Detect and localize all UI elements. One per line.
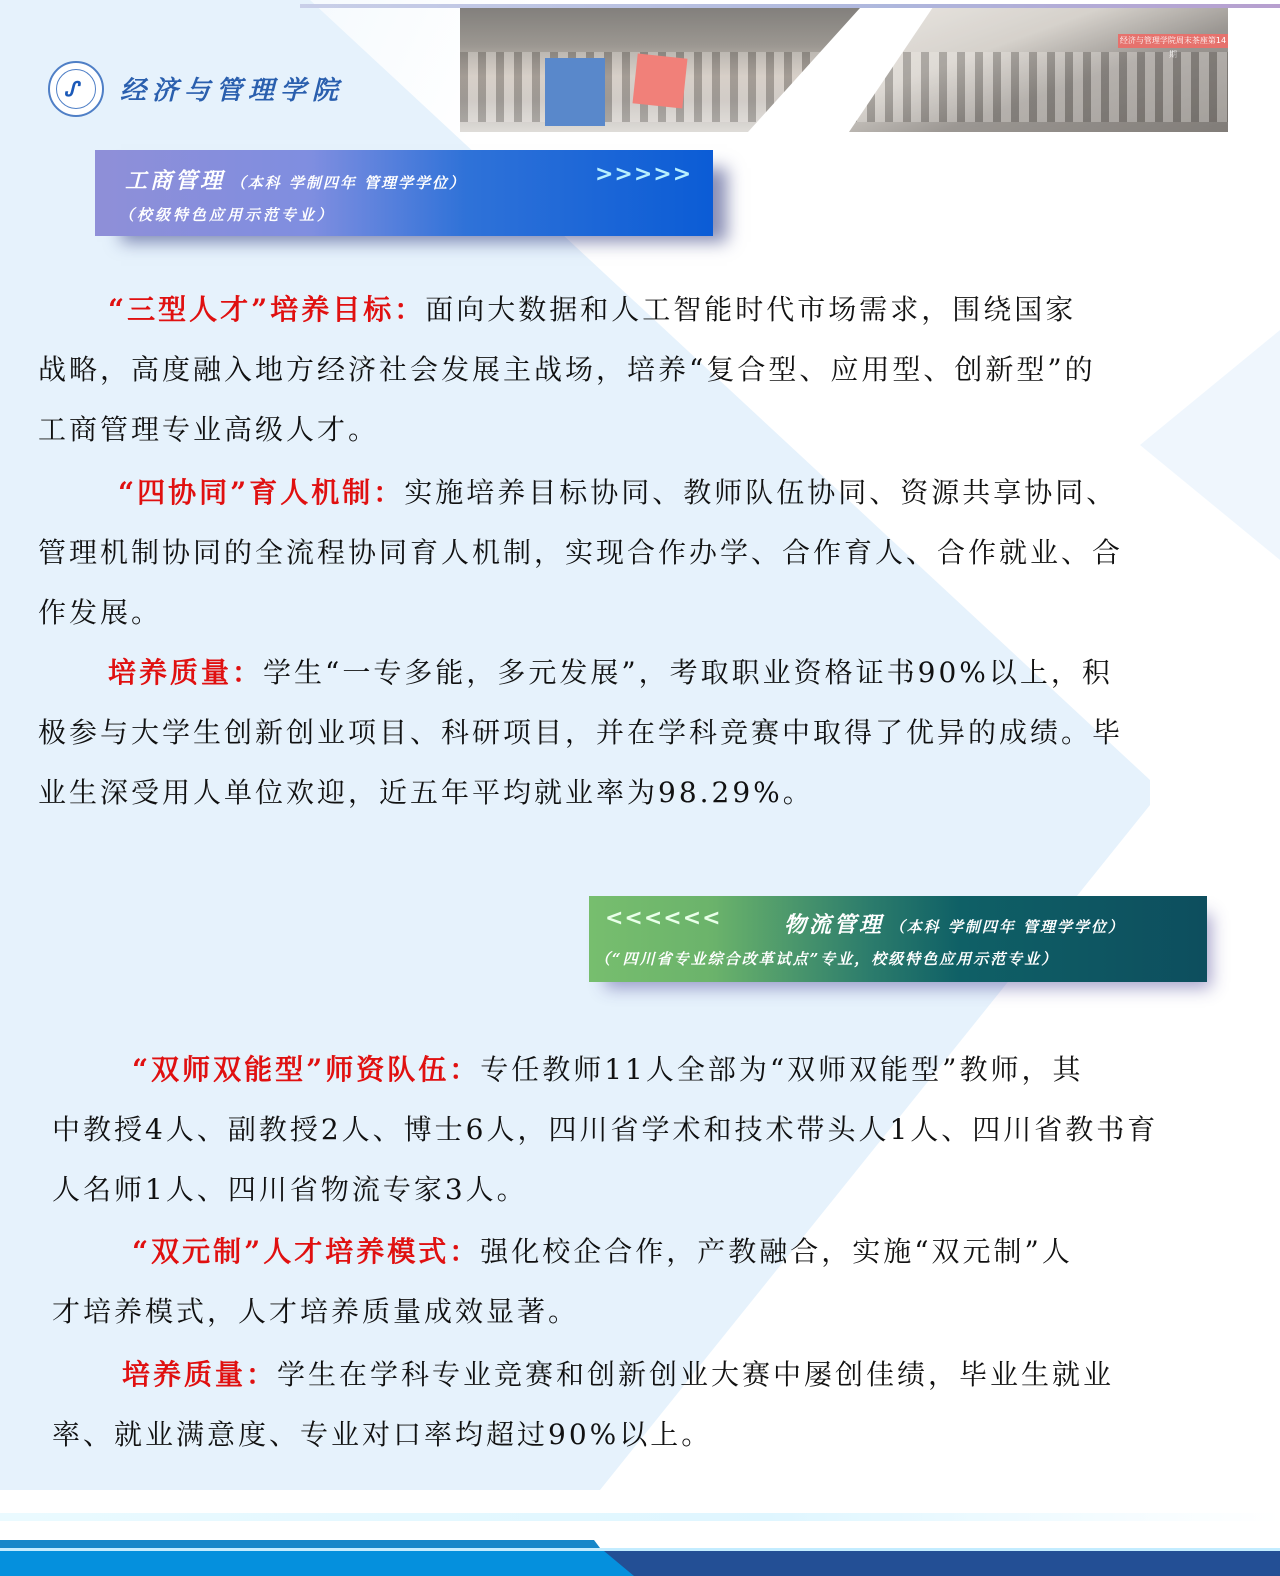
emblem-wave-icon: ᔑ	[64, 77, 78, 101]
section-title: 工商管理	[125, 168, 225, 194]
paragraph-line: 战略，高度融入地方经济社会发展主战场，培养“复合型、应用型、创新型”的	[38, 340, 1258, 400]
paragraph-line: 才培养模式，人才培养质量成效显著。	[52, 1282, 1272, 1342]
section-subtitle: （“四川省专业综合改革试点”专业，校级特色应用示范专业）	[595, 950, 1058, 968]
audience-shape	[849, 52, 1228, 122]
paragraph-line: 专任教师11人全部为“双师双能型”教师，其	[480, 1053, 1083, 1086]
paragraph-line: 强化校企合作，产教融合，实施“双元制”人	[480, 1235, 1073, 1268]
paragraph-line: 极参与大学生创新创业项目、科研项目，并在学科竞赛中取得了优异的成绩。毕	[38, 703, 1258, 763]
arrows-left-icon: <<<<<<	[605, 906, 722, 931]
paragraph-dual-system: “双元制”人才培养模式：强化校企合作，产教融合，实施“双元制”人 才培养模式，人…	[52, 1222, 1272, 1342]
paragraph-line: 作发展。	[38, 583, 1258, 643]
paragraph-line: 人名师1人、四川省物流专家3人。	[52, 1160, 1272, 1220]
paragraph-line: 业生深受用人单位欢迎，近五年平均就业率为98.29%。	[38, 763, 1258, 823]
paragraph-line: 面向大数据和人工智能时代市场需求，围绕国家	[425, 293, 1076, 326]
paragraph-quality-2: 培养质量：学生在学科专业竞赛和创新创业大赛中屡创佳绩，毕业生就业 率、就业满意度…	[52, 1345, 1272, 1465]
paragraph-line: 管理机制协同的全流程协同育人机制，实现合作办学、合作育人、合作就业、合	[38, 523, 1258, 583]
paragraph-lead: “双师双能型”师资队伍：	[132, 1053, 480, 1086]
section-meta: （本科 学制四年 管理学学位）	[231, 174, 466, 192]
paragraph-lead: “双元制”人才培养模式：	[132, 1235, 480, 1268]
section-title: 物流管理	[784, 912, 884, 938]
seminar-banner: 经济与管理学院周末茶座第14期	[1118, 34, 1228, 48]
college-emblem-icon: ᔑ	[48, 61, 104, 117]
paragraph-line: 率、就业满意度、专业对口率均超过90%以上。	[52, 1405, 1272, 1465]
paragraph-line: 工商管理专业高级人才。	[38, 400, 1258, 460]
college-flag-red	[633, 54, 688, 109]
section-header-business-admin: 工商管理 （本科 学制四年 管理学学位） （校级特色应用示范专业） >>>>>	[95, 150, 713, 236]
paragraph-line: 中教授4人、副教授2人、博士6人，四川省学术和技术带头人1人、四川省教书育	[52, 1100, 1272, 1160]
section-meta: （本科 学制四年 管理学学位）	[890, 918, 1125, 936]
top-decorative-strip	[300, 4, 1280, 8]
paragraph-collaboration: “四协同”育人机制：实施培养目标协同、教师队伍协同、资源共享协同、 管理机制协同…	[38, 463, 1258, 643]
footer-light-band	[0, 1513, 1280, 1521]
paragraph-lead: 培养质量：	[108, 656, 263, 689]
paragraph-faculty: “双师双能型”师资队伍：专任教师11人全部为“双师双能型”教师，其 中教授4人、…	[52, 1040, 1272, 1220]
arrows-right-icon: >>>>>	[595, 162, 692, 187]
footer-stripe	[0, 1540, 600, 1548]
paragraph-line: 实施培养目标协同、教师队伍协同、资源共享协同、	[404, 476, 1117, 509]
paragraph-lead: “四协同”育人机制：	[118, 476, 404, 509]
paragraph-line: 学生“一专多能，多元发展”，考取职业资格证书90%以上，积	[263, 656, 1113, 689]
section-header-logistics: <<<<<< 物流管理 （本科 学制四年 管理学学位） （“四川省专业综合改革试…	[589, 896, 1207, 982]
college-name: 经济与管理学院	[120, 70, 344, 107]
paragraph-line: 学生在学科专业竞赛和创新创业大赛中屡创佳绩，毕业生就业	[277, 1358, 1114, 1391]
paragraph-lead: 培养质量：	[122, 1358, 277, 1391]
paragraph-lead: “三型人才”培养目标：	[108, 293, 425, 326]
section-subtitle: （校级特色应用示范专业）	[119, 206, 335, 224]
paragraph-talent-goal: “三型人才”培养目标：面向大数据和人工智能时代市场需求，围绕国家 战略，高度融入…	[38, 280, 1258, 460]
footer-blue-band	[0, 1551, 640, 1576]
college-flag-blue	[545, 58, 605, 126]
paragraph-quality-1: 培养质量：学生“一专多能，多元发展”，考取职业资格证书90%以上，积 极参与大学…	[38, 643, 1258, 823]
